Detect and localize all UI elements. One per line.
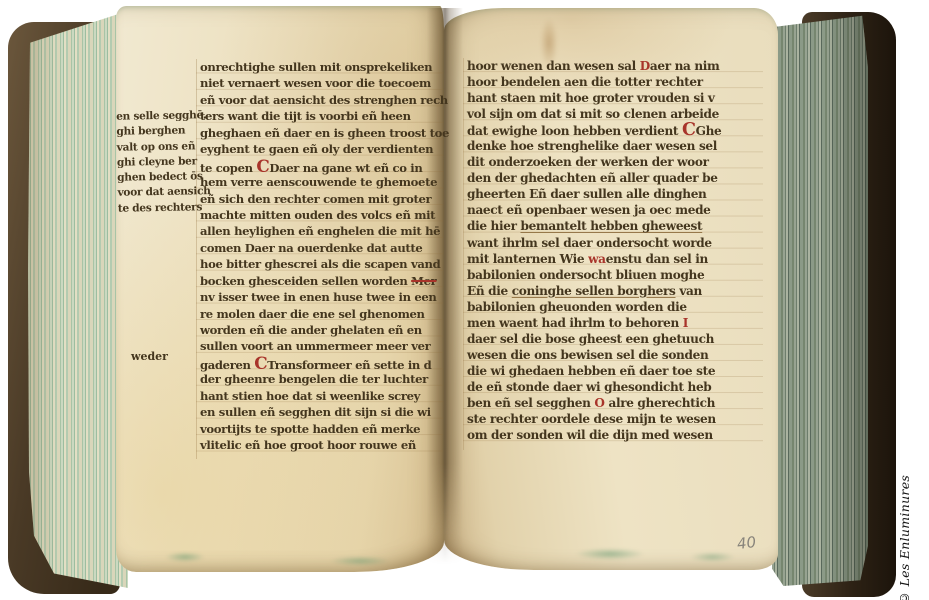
text-segment: eyghent te gaen eñ oly der verdienten: [200, 142, 433, 156]
text-segment: C: [256, 156, 269, 176]
text-line: gheerten Eñ daer sullen alle dinghen: [467, 186, 763, 202]
text-segment: denke hoe strenghelike daer wesen sel: [467, 139, 717, 153]
text-segment: enstu dan sel in: [606, 252, 708, 266]
text-line: nv isser twee in enen huse twee in een: [200, 289, 443, 305]
text-line: vlitelic eñ hoe groot hoor rouwe eñ: [200, 437, 443, 453]
text-line: hoor wenen dan wesen sal Daer na nim: [467, 58, 763, 74]
text-segment: hoe bitter ghescrei als die scapen vand: [200, 257, 440, 271]
text-segment: onrechtighe sullen mit onsprekeliken: [200, 60, 432, 74]
text-segment: hoor wenen dan wesen sal: [467, 59, 640, 73]
text-line: hem verre aenscouwende te ghemoete: [200, 174, 443, 190]
text-segment: wa: [588, 252, 606, 266]
text-line: worden eñ die ander ghelaten eñ en: [200, 322, 443, 338]
text-line: der gheenre bengelen die ter luchter: [200, 371, 443, 387]
text-line: babilonien ondersocht bliuen moghe: [467, 267, 763, 283]
text-line: daer sel die bose gheest een ghetuuch: [467, 331, 763, 347]
text-line: vol sijn om dat si mit so clenen arbeide: [467, 106, 763, 122]
margin-note-line: ghi cleyne ber: [117, 154, 203, 171]
text-line: ben eñ sel segghen O alre gherechtich: [467, 395, 763, 411]
text-line: hant staen mit hoe groter vrouden si v: [467, 90, 763, 106]
text-segment: C: [254, 353, 267, 373]
text-line: voortijts te spotte hadden eñ merke: [200, 421, 443, 437]
text-line: hoe bitter ghescrei als die scapen vand: [200, 256, 443, 272]
text-line: onrechtighe sullen mit onsprekeliken: [200, 59, 443, 75]
text-line: hant stien hoe dat si weenlike screy: [200, 388, 443, 404]
text-segment: de eñ stonde daer wi ghesondicht heb: [467, 380, 711, 394]
text-segment: den der ghedachten eñ aller quader be: [467, 171, 718, 185]
page-edge-stack-left: [28, 8, 128, 588]
text-segment: machte mitten ouden des volcs eñ mit: [200, 208, 435, 222]
text-segment: babilonien ondersocht bliuen moghe: [467, 268, 704, 282]
text-segment: men waent had ihrlm to behoren: [467, 316, 683, 330]
text-line: ters want die tijt is voorbi eñ heen: [200, 108, 443, 124]
margin-note-line: en selle segghē.: [116, 108, 202, 125]
text-segment: voortijts te spotte hadden eñ merke: [200, 422, 420, 436]
text-line: men waent had ihrlm to behoren I: [467, 315, 763, 331]
text-segment: hant staen mit hoe groter vrouden si v: [467, 91, 715, 105]
text-segment: die hier: [467, 219, 520, 233]
text-line: sullen voort an ummermeer meer ver: [200, 338, 443, 354]
text-segment: bemantelt hebben gheweest: [520, 219, 702, 233]
left-page-text-block: onrechtighe sullen mit onsprekeliken nie…: [196, 59, 443, 459]
text-line: babilonien gheuonden worden die: [467, 299, 763, 315]
text-segment: gheerten Eñ daer sullen alle dinghen: [467, 187, 706, 201]
text-line: Eñ die coninghe sellen borghers van: [467, 283, 763, 299]
text-segment: D: [640, 59, 650, 73]
text-segment: babilonien gheuonden worden die: [467, 300, 687, 314]
folio-number: 40: [736, 533, 757, 553]
text-segment: wesen die ons bewisen sel die sonden: [467, 348, 708, 362]
text-line: comen Daer na ouerdenke dat autte: [200, 240, 443, 256]
text-segment: Mer: [411, 274, 436, 288]
text-segment: en sullen eñ segghen dit sijn si die wi: [200, 405, 431, 419]
text-line: wesen die ons bewisen sel die sonden: [467, 347, 763, 363]
text-line: om der sonden wil die dijn med wesen: [467, 427, 763, 443]
text-segment: ben eñ sel segghen: [467, 396, 594, 410]
text-line: eñ sich den rechter comen mit groter: [200, 191, 443, 207]
right-page-text-block: hoor wenen dan wesen sal Daer na nim hoo…: [463, 58, 763, 450]
text-segment: om der sonden wil die dijn med wesen: [467, 428, 713, 442]
text-segment: Transformeer eñ sette in d: [267, 358, 431, 372]
text-line: allen heylighen eñ enghelen die mit hē: [200, 223, 443, 239]
text-segment: vol sijn om dat si mit so clenen arbeide: [467, 107, 719, 121]
text-segment: Eñ die: [467, 284, 512, 298]
text-segment: aer na nim: [650, 59, 720, 73]
text-line: niet vernaert wesen voor die toecoem: [200, 75, 443, 91]
page-edge-stack-right: [772, 10, 868, 586]
text-line: mit lanternen Wie waenstu dan sel in: [467, 251, 763, 267]
text-segment: nv isser twee in enen huse twee in een: [200, 290, 437, 304]
text-segment: der gheenre bengelen die ter luchter: [200, 372, 428, 386]
text-segment: comen Daer na ouerdenke dat autte: [200, 241, 422, 255]
text-segment: alre gherechtich: [605, 396, 715, 410]
text-line: eyghent te gaen eñ oly der verdienten: [200, 141, 443, 157]
text-line: te copen CDaer na gane wt eñ co in: [200, 158, 443, 174]
text-segment: Daer na gane wt eñ co in: [269, 161, 422, 175]
text-segment: worden eñ die ander ghelaten eñ en: [200, 323, 422, 337]
text-segment: niet vernaert wesen voor die toecoem: [200, 76, 431, 90]
text-line: dat ewighe loon hebben verdient CGhe: [467, 122, 763, 138]
text-line: de eñ stonde daer wi ghesondicht heb: [467, 379, 763, 395]
margin-note-line: te des rechters: [118, 200, 204, 217]
text-line: bocken ghesceiden sellen worden Mer: [200, 273, 443, 289]
text-segment: re molen daer die ene sel ghenomen: [200, 307, 425, 321]
text-segment: die wi ghedaen hebben eñ daer toe ste: [467, 364, 715, 378]
text-segment: te copen: [200, 161, 256, 175]
text-segment: sullen voort an ummermeer meer ver: [200, 339, 430, 353]
margin-note-line: voor dat aensich: [117, 185, 203, 202]
text-segment: Ghe: [696, 124, 722, 138]
text-segment: C: [682, 120, 696, 140]
text-segment: allen heylighen eñ enghelen die mit hē: [200, 224, 440, 238]
text-line: eñ voor dat aensicht des strenghen rech: [200, 92, 443, 108]
text-segment: O: [594, 396, 604, 410]
text-segment: eñ sich den rechter comen mit groter: [200, 192, 431, 206]
text-segment: coninghe sellen borghers: [512, 284, 676, 298]
text-line: re molen daer die ene sel ghenomen: [200, 306, 443, 322]
text-line: machte mitten ouden des volcs eñ mit: [200, 207, 443, 223]
manuscript-photo: en selle segghē. ghi berghen valt op ons…: [0, 0, 929, 600]
text-segment: gheghaen eñ daer en is gheen troost toe: [200, 126, 449, 140]
text-segment: dat ewighe loon hebben verdient: [467, 124, 682, 138]
margin-note-line: ghen bedect ōs: [117, 169, 203, 186]
text-segment: hant stien hoe dat si weenlike screy: [200, 389, 420, 403]
margin-note-line: valt op ons eñ: [117, 139, 203, 156]
text-segment: hoor bendelen aen die totter rechter: [467, 75, 703, 89]
text-line: den der ghedachten eñ aller quader be: [467, 170, 763, 186]
text-line: die hier bemantelt hebben gheweest: [467, 218, 763, 234]
text-segment: vlitelic eñ hoe groot hoor rouwe eñ: [200, 438, 416, 452]
text-segment: hem verre aenscouwende te ghemoete: [200, 175, 437, 189]
photo-credit: © Les Enluminures: [897, 436, 912, 600]
text-segment: ters want die tijt is voorbi eñ heen: [200, 109, 411, 123]
text-line: naect eñ openbaer wesen ja oec mede: [467, 202, 763, 218]
text-line: dit onderzoeken der werken der woor: [467, 154, 763, 170]
text-segment: bocken ghesceiden sellen worden: [200, 274, 411, 288]
margin-note: en selle segghē. ghi berghen valt op ons…: [116, 108, 204, 217]
text-line: ste rechter oordele dese mijn te wesen: [467, 411, 763, 427]
text-segment: van: [676, 284, 702, 298]
text-line: die wi ghedaen hebben eñ daer toe ste: [467, 363, 763, 379]
text-segment: want ihrlm sel daer ondersocht worde: [467, 236, 712, 250]
text-line: want ihrlm sel daer ondersocht worde: [467, 235, 763, 251]
text-segment: mit lanternen Wie: [467, 252, 588, 266]
text-segment: ste rechter oordele dese mijn te wesen: [467, 412, 716, 426]
text-segment: gaderen: [200, 358, 254, 372]
text-line: gaderen CTransformeer eñ sette in d: [200, 355, 443, 371]
margin-note-line: ghi berghen: [116, 124, 202, 141]
text-segment: naect eñ openbaer wesen ja oec mede: [467, 203, 711, 217]
margin-note-weder: weder: [131, 350, 168, 363]
text-line: en sullen eñ segghen dit sijn si die wi: [200, 404, 443, 420]
text-segment: eñ voor dat aensicht des strenghen rech: [200, 93, 448, 107]
text-line: gheghaen eñ daer en is gheen troost toe: [200, 125, 443, 141]
text-segment: I: [683, 316, 688, 330]
text-line: denke hoe strenghelike daer wesen sel: [467, 138, 763, 154]
text-line: hoor bendelen aen die totter rechter: [467, 74, 763, 90]
text-segment: daer sel die bose gheest een ghetuuch: [467, 332, 714, 346]
text-segment: dit onderzoeken der werken der woor: [467, 155, 709, 169]
